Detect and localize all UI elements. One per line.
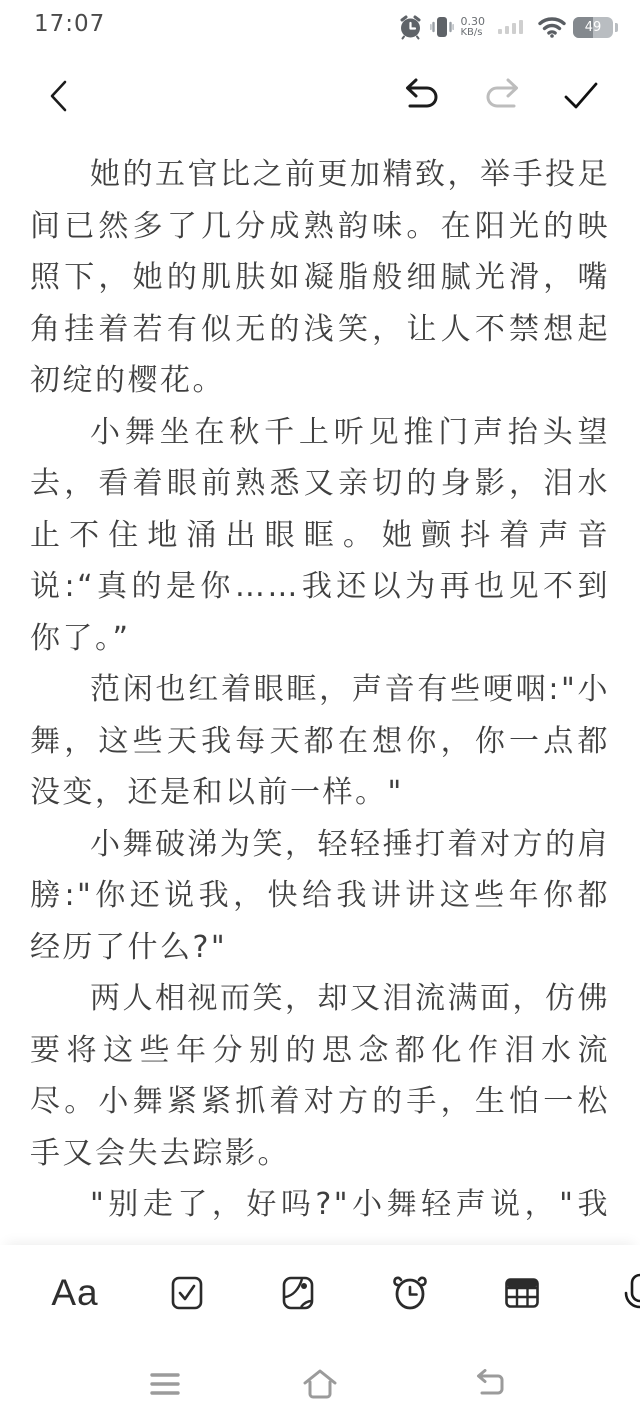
vibrate-status-icon [430, 14, 454, 40]
todo-checkbox-button[interactable] [170, 1275, 204, 1311]
note-paragraph: 范闲也红着眼眶，声音有些哽咽:"小舞，这些天我每天都在想你，你一点都没变，还是和… [30, 664, 610, 819]
signal-strength-icon [498, 20, 523, 34]
insert-image-button[interactable] [281, 1275, 315, 1311]
note-paragraph: 她的五官比之前更加精致，举手投足间已然多了几分成熟韵味。在阳光的映照下，她的肌肤… [30, 149, 610, 407]
status-icons: 0.30 KB/s 49 [398, 0, 619, 54]
note-paragraph: 两人相视而笑，却又泪流满面，仿佛要将这些年分别的思念都化作泪水流尽。小舞紧紧抓着… [30, 973, 610, 1179]
redo-button[interactable] [482, 78, 524, 112]
note-paragraph: "别走了，好吗?"小舞轻声说，"我们再也不要分开了。" [30, 1179, 610, 1240]
wifi-icon [538, 16, 566, 38]
network-speed-value: 0.30 [461, 16, 486, 27]
voice-record-button[interactable] [621, 1273, 640, 1313]
note-paragraph: 小舞破涕为笑，轻轻捶打着对方的肩膀:"你还说我，快给我讲讲这些年你都经历了什么?… [30, 819, 610, 974]
alarm-status-icon [398, 15, 423, 40]
text-style-button[interactable]: Aa [51, 1272, 98, 1314]
system-nav-bar [0, 1340, 640, 1427]
insert-table-button[interactable] [504, 1277, 540, 1309]
confirm-button[interactable] [560, 78, 602, 114]
note-text-area[interactable]: 她的五官比之前更加精致，举手投足间已然多了几分成熟韵味。在阳光的映照下，她的肌肤… [0, 133, 640, 1240]
battery-nub [615, 23, 618, 32]
reminder-alarm-button[interactable] [391, 1274, 429, 1312]
network-speed-unit: KB/s [461, 27, 483, 38]
edit-toolbar [0, 60, 640, 132]
back-button[interactable] [44, 76, 72, 116]
format-toolbar: Aa [0, 1245, 640, 1340]
note-editor-screen: 17:07 0.30 KB/s [0, 0, 640, 1427]
back-nav-button[interactable] [472, 1369, 506, 1399]
undo-button[interactable] [400, 78, 442, 112]
home-button[interactable] [302, 1368, 338, 1400]
network-speed: 0.30 KB/s [461, 16, 486, 38]
battery-icon: 49 [573, 17, 613, 38]
recents-menu-button[interactable] [149, 1371, 181, 1397]
status-bar: 17:07 0.30 KB/s [0, 0, 640, 54]
battery-percent: 49 [573, 17, 613, 38]
note-paragraph: 小舞坐在秋千上听见推门声抬头望去，看着眼前熟悉又亲切的身影，泪水止不住地涌出眼眶… [30, 407, 610, 665]
status-time: 17:07 [34, 11, 105, 37]
